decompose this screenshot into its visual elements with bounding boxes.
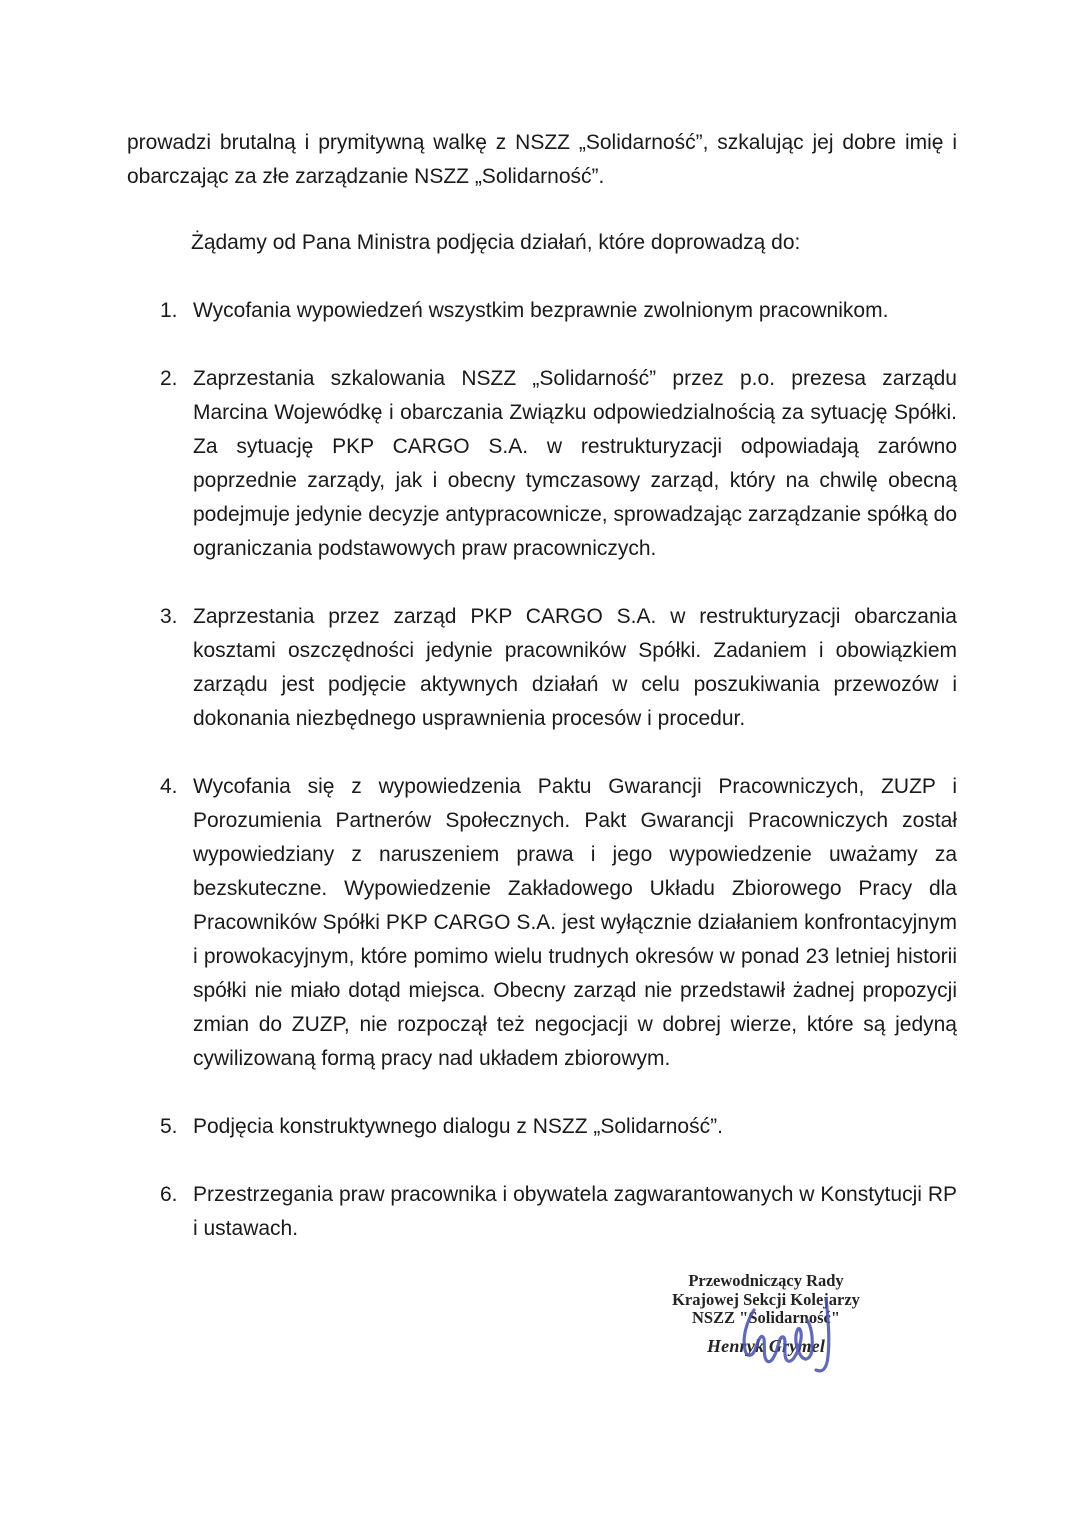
demand-text: Zaprzestania przez zarząd PKP CARGO S.A.… — [193, 605, 957, 730]
demand-number: 5. — [160, 1110, 178, 1144]
demand-number: 6. — [160, 1178, 178, 1212]
signature-block: Przewodniczący Rady Krajowej Sekcji Kole… — [635, 1272, 897, 1355]
signature-title-line-1: Przewodniczący Rady — [635, 1272, 897, 1291]
demand-number: 4. — [160, 770, 178, 804]
demand-item-6: 6. Przestrzegania praw pracownika i obyw… — [127, 1178, 957, 1246]
demand-item-3: 3. Zaprzestania przez zarząd PKP CARGO S… — [127, 600, 957, 736]
signature-title-line-3: NSZZ "Solidarność" — [635, 1309, 897, 1328]
demand-text: Podjęcia konstruktywnego dialogu z NSZZ … — [193, 1115, 723, 1138]
demand-number: 1. — [160, 294, 178, 328]
demands-list: 1. Wycofania wypowiedzeń wszystkim bezpr… — [127, 294, 957, 1246]
demand-text: Wycofania wypowiedzeń wszystkim bezprawn… — [193, 299, 888, 322]
demand-text: Zaprzestania szkalowania NSZZ „Solidarno… — [193, 367, 957, 560]
demand-text: Przestrzegania praw pracownika i obywate… — [193, 1183, 957, 1240]
demand-item-4: 4. Wycofania się z wypowiedzenia Paktu G… — [127, 770, 957, 1076]
letter-body: prowadzi brutalną i prymitywną walkę z N… — [127, 126, 957, 1246]
demand-item-5: 5. Podjęcia konstruktywnego dialogu z NS… — [127, 1110, 957, 1144]
demand-text: Wycofania się z wypowiedzenia Paktu Gwar… — [193, 775, 957, 1070]
demand-item-2: 2. Zaprzestania szkalowania NSZZ „Solida… — [127, 362, 957, 566]
signatory-name: Henryk Grymel — [635, 1337, 897, 1356]
demand-number: 3. — [160, 600, 178, 634]
intro-paragraph: prowadzi brutalną i prymitywną walkę z N… — [127, 126, 957, 194]
request-line: Żądamy od Pana Ministra podjęcia działań… — [127, 226, 957, 260]
document-page: prowadzi brutalną i prymitywną walkę z N… — [0, 0, 1080, 1522]
demand-number: 2. — [160, 362, 178, 396]
signature-title-line-2: Krajowej Sekcji Kolejarzy — [635, 1291, 897, 1310]
demand-item-1: 1. Wycofania wypowiedzeń wszystkim bezpr… — [127, 294, 957, 328]
